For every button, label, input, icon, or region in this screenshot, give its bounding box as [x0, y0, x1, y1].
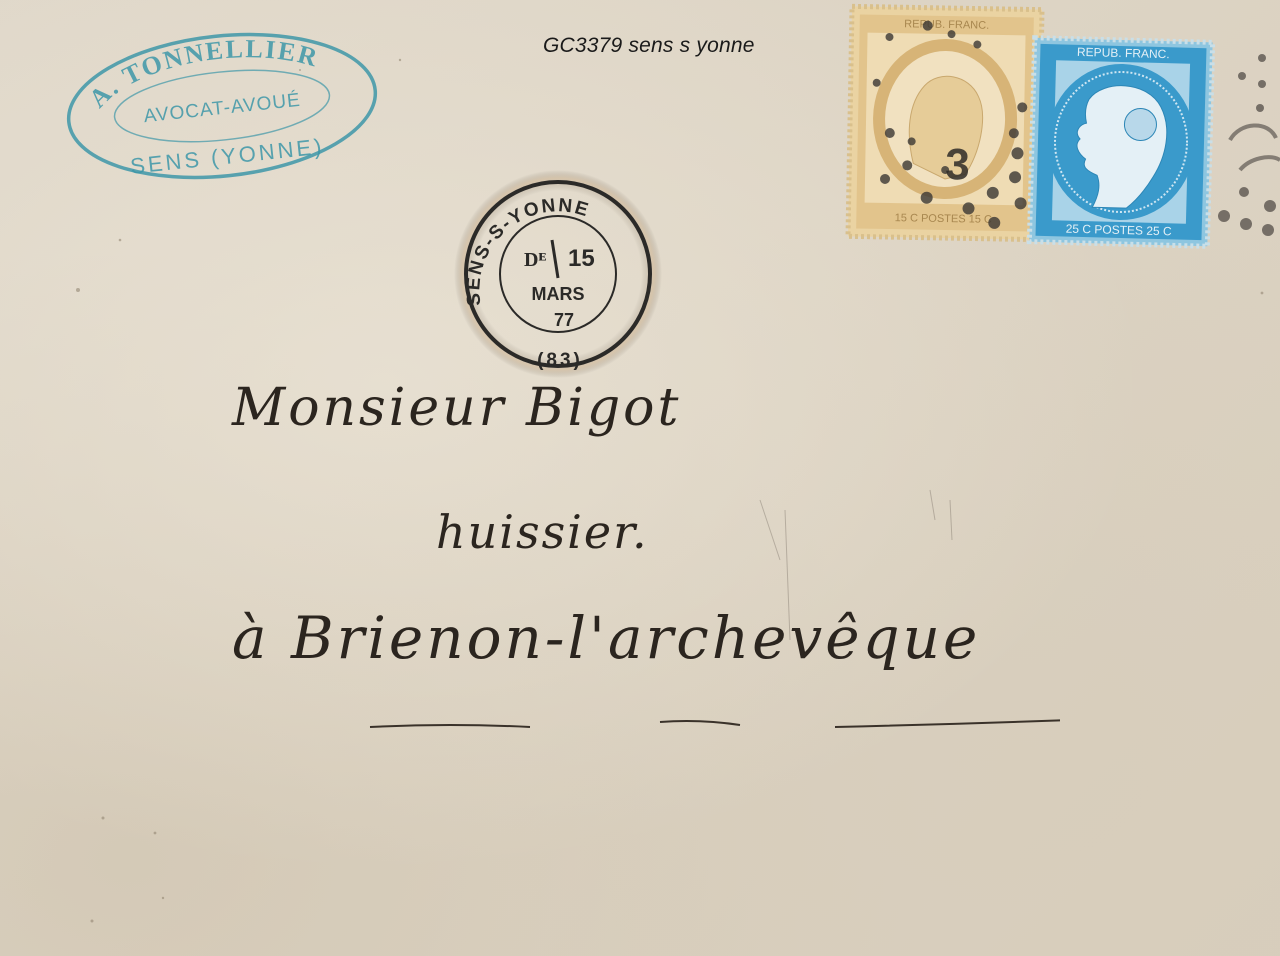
postmark-month: MARS — [532, 284, 585, 304]
address-town: à Brienon-l'archevêque — [232, 604, 980, 672]
cachet-town: SENS (YONNE) — [129, 134, 325, 179]
postmark-day: 15 — [568, 245, 595, 272]
stamp-15c-top-label: REPUB. FRANC. — [904, 18, 989, 31]
stamp-15c-bottom-label: 15 C POSTES 15 C — [895, 212, 992, 226]
cachet-profession: AVOCAT-AVOUÉ — [143, 90, 302, 127]
cancellation-dots — [1180, 40, 1280, 260]
stamp-25c-bottom-label: 25 C POSTES 25 C — [1066, 222, 1173, 239]
postmark-year: 77 — [554, 310, 574, 330]
postmark-department: (83) — [537, 350, 583, 371]
date-postmark: SENS-S-YONNE (83) Dᴱ 15 MARS 77 — [452, 160, 664, 388]
address-underline-flourish — [360, 710, 1060, 740]
postmark-collection: Dᴱ — [524, 249, 546, 271]
stamp-15c: REPUB. FRANC. 15 C POSTES 15 C 3 — [844, 2, 1046, 243]
address-recipient: Monsieur Bigot — [232, 378, 681, 438]
stamp-25c-top-label: REPUB. FRANC. — [1077, 45, 1170, 61]
caption-label: GC3379 sens s yonne — [543, 34, 755, 58]
cancel-numeral: 3 — [945, 140, 970, 189]
address-profession: huissier. — [436, 505, 649, 559]
